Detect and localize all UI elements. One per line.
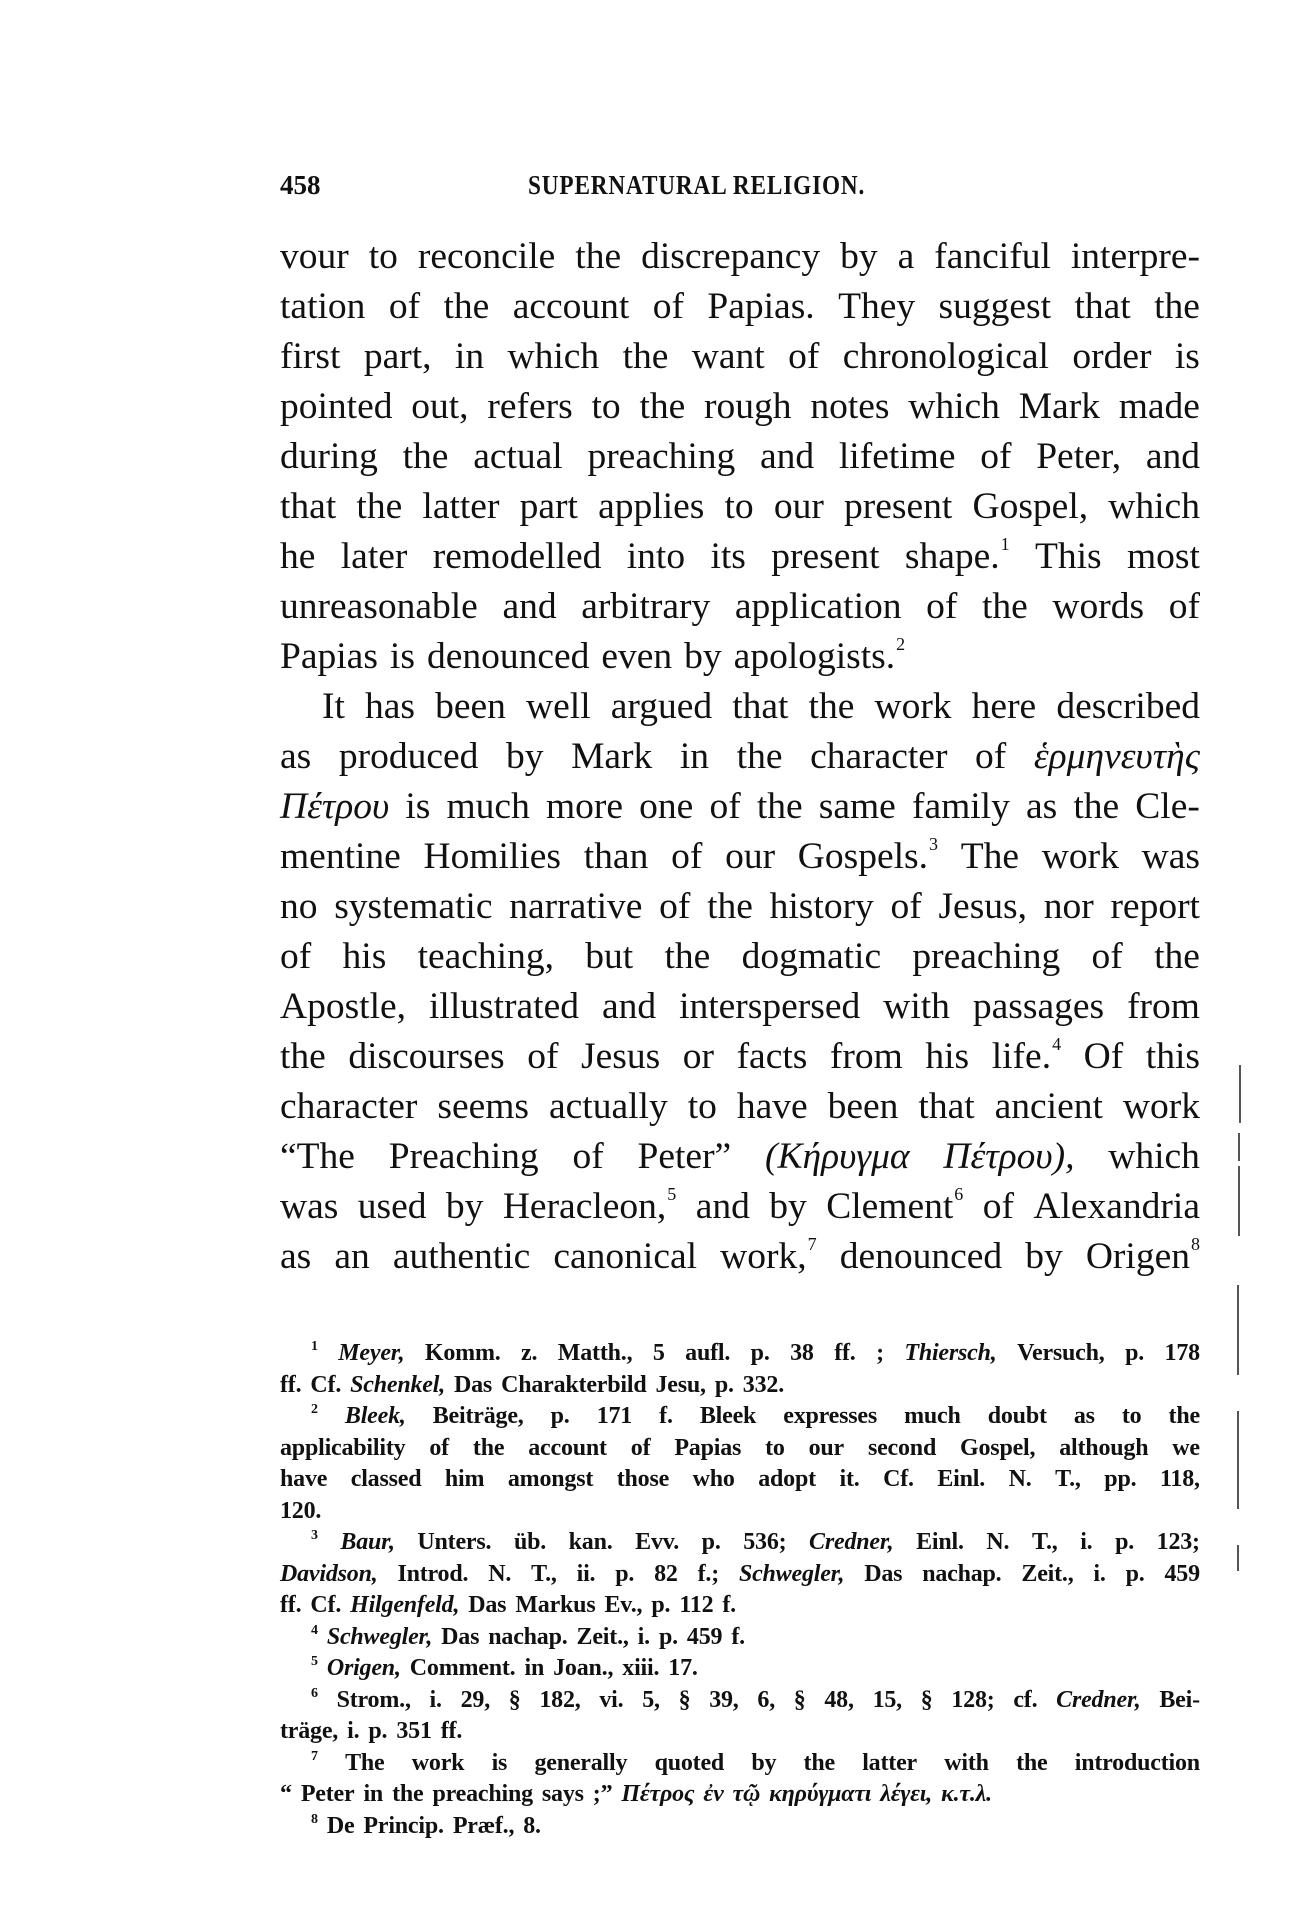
word: second <box>868 1433 936 1465</box>
word: rough <box>704 382 792 432</box>
word: amongst <box>508 1464 593 1496</box>
word: to <box>591 382 620 432</box>
footnote-ref: 7 <box>808 1234 817 1254</box>
word: actual <box>473 432 563 482</box>
word: the <box>757 782 803 832</box>
word: nor <box>1044 882 1094 932</box>
word: out, <box>411 382 468 432</box>
text-line: Papiasisdenouncedevenbyapologists.2 <box>280 632 1200 682</box>
word: has <box>365 682 415 732</box>
word: Princip. <box>363 1811 443 1843</box>
word: same <box>819 782 896 832</box>
word: to <box>688 1082 717 1132</box>
footnote-line: Davidson,Introd.N.T.,ii.p.82f.;Schwegler… <box>280 1559 1200 1591</box>
word: Thiersch, <box>904 1338 996 1370</box>
word: Einl. <box>916 1527 964 1559</box>
word: used <box>358 1182 427 1232</box>
word: our <box>809 1433 844 1465</box>
word: of <box>709 782 740 832</box>
word: discrepancy <box>641 232 820 282</box>
word: Meyer, <box>338 1338 404 1370</box>
word: have <box>280 1464 327 1496</box>
word: lifetime <box>839 432 956 482</box>
word: nachap. <box>488 1622 567 1654</box>
word: says <box>542 1779 584 1811</box>
word: adopt <box>758 1464 816 1496</box>
word: 82 <box>654 1559 678 1591</box>
word: 118, <box>1160 1464 1200 1496</box>
word: the <box>1073 782 1119 832</box>
text-line: ofhisteaching,butthedogmaticpreachingoft… <box>280 932 1200 982</box>
word: is <box>492 1748 508 1780</box>
word: Das <box>454 1370 492 1402</box>
word: the <box>575 232 621 282</box>
word: been <box>435 682 506 732</box>
word: of <box>389 282 420 332</box>
word: even <box>601 632 672 682</box>
word: was <box>1142 832 1200 882</box>
word: Zeit., <box>577 1622 629 1654</box>
word: first <box>280 332 340 382</box>
word: by <box>1025 1232 1063 1282</box>
word: i. <box>638 1622 650 1654</box>
word: 182, <box>539 1685 580 1717</box>
footnote-ref: 6 <box>954 1184 963 1204</box>
word: the <box>1016 1748 1047 1780</box>
word: Schenkel, <box>350 1370 445 1402</box>
word: 5, <box>642 1685 660 1717</box>
footnote-line: 6Strom.,i.29,§182,vi.5,§39,6,§48,15,§128… <box>280 1685 1200 1717</box>
word: 17. <box>668 1653 697 1685</box>
word: This <box>1035 532 1102 582</box>
word: mentine <box>280 832 401 882</box>
footnote-line: 4Schwegler,Dasnachap.Zeit.,i.p.459f. <box>280 1622 1200 1654</box>
word: 178 <box>1165 1338 1200 1370</box>
word: § <box>921 1685 933 1717</box>
word: Das <box>441 1622 479 1654</box>
word: p. <box>751 1338 770 1370</box>
margin-rule <box>1237 1285 1239 1375</box>
word: 128; <box>951 1685 994 1717</box>
word: it. <box>839 1464 859 1496</box>
word: those <box>617 1464 669 1496</box>
word: f. <box>659 1401 673 1433</box>
footnote-ref: 4 <box>1052 1034 1061 1054</box>
word: his <box>343 932 387 982</box>
word: and <box>602 982 656 1032</box>
word: teaching, <box>418 932 554 982</box>
word: 171 <box>597 1401 632 1433</box>
word: Origen8 <box>1086 1232 1200 1282</box>
word: § <box>679 1685 691 1717</box>
word: vour <box>280 232 349 282</box>
word: the <box>804 1748 835 1780</box>
word: Introd. <box>397 1559 468 1591</box>
word: Schwegler, <box>739 1559 844 1591</box>
word: passages <box>973 982 1104 1032</box>
word: xiii. <box>622 1653 659 1685</box>
word: Homilies <box>424 832 562 882</box>
word: 123; <box>1157 1527 1200 1559</box>
word: Zeit., <box>1021 1559 1073 1591</box>
word: this <box>1146 1032 1200 1082</box>
word: Das <box>468 1590 506 1622</box>
word: of <box>572 1132 603 1182</box>
margin-rule <box>1238 1166 1240 1236</box>
word: cf. <box>1013 1685 1037 1717</box>
margin-rule <box>1239 1065 1241 1123</box>
word: have <box>737 1082 808 1132</box>
footnotes: 1Meyer,Komm.z.Matth.,5aufl.p.38ff.;Thier… <box>280 1338 1200 1842</box>
text-line: thatthelatterpartappliestoourpresentGosp… <box>280 482 1200 532</box>
word: remodelled <box>433 532 602 582</box>
running-head: 458 SUPERNATURAL RELIGION. <box>280 165 1160 205</box>
word: § <box>794 1685 806 1717</box>
word: Credner, <box>1056 1685 1140 1717</box>
word: in <box>363 1779 383 1811</box>
word: 4 <box>310 1622 318 1654</box>
word: Mark <box>571 732 652 782</box>
word: argued <box>611 682 712 732</box>
word: 5 <box>310 1653 318 1685</box>
word: in <box>524 1653 544 1685</box>
word: Bleek, <box>345 1401 406 1433</box>
word: nachap. <box>922 1559 1001 1591</box>
word: with <box>944 1748 989 1780</box>
word: in <box>455 332 484 382</box>
word: one <box>639 782 693 832</box>
word: of <box>659 882 690 932</box>
word: which <box>1108 482 1200 532</box>
book-page: 458 SUPERNATURAL RELIGION. vourtoreconci… <box>0 0 1293 1925</box>
footnote-ref: 6 <box>311 1686 318 1701</box>
word: Heracleon,5 <box>503 1182 676 1232</box>
word: § <box>509 1685 521 1717</box>
word: “The <box>280 1132 355 1182</box>
word: Πέτρος <box>621 1779 694 1811</box>
word: notes <box>810 382 889 432</box>
word: as <box>280 1232 311 1282</box>
word: Mark <box>1019 382 1100 432</box>
word: by <box>769 1182 807 1232</box>
word: of <box>788 332 819 382</box>
word: the <box>1154 282 1200 332</box>
word: preaching <box>912 932 1060 982</box>
word: by <box>684 632 722 682</box>
text-line: Ithasbeenwellarguedthattheworkheredescri… <box>280 682 1200 732</box>
word: kan. <box>569 1527 613 1559</box>
text-line: Apostle,illustratedandinterspersedwithpa… <box>280 982 1200 1032</box>
word: of <box>653 282 684 332</box>
word: p. <box>702 1527 721 1559</box>
page-number: 458 <box>280 165 321 205</box>
word: Cf. <box>883 1464 914 1496</box>
word: 6, <box>757 1685 775 1717</box>
word: Hilgenfeld, <box>350 1590 459 1622</box>
word: preaching <box>432 1779 532 1811</box>
word: by <box>506 732 544 782</box>
text-line: asproducedbyMarkinthecharacterofἑρμηνευτ… <box>280 732 1200 782</box>
text-line: firstpart,inwhichthewantofchronologicalo… <box>280 332 1200 382</box>
word: of <box>1092 932 1123 982</box>
word: the <box>664 932 710 982</box>
word: the <box>639 382 685 432</box>
footnote-line: 2Bleek,Beiträge,p.171f.Bleekexpressesmuc… <box>280 1401 1200 1433</box>
footnote-ref: 1 <box>1001 534 1010 554</box>
word: 536; <box>743 1527 786 1559</box>
word: f. <box>731 1622 745 1654</box>
word: described <box>1056 682 1200 732</box>
word: systematic <box>334 882 492 932</box>
word: shape.1 <box>905 532 1010 582</box>
margin-rule <box>1237 1411 1239 1509</box>
word: They <box>838 282 915 332</box>
word: 351 <box>396 1716 431 1748</box>
text-line: thediscoursesofJesusorfactsfromhislife.4… <box>280 1032 1200 1082</box>
footnote-ref: 4 <box>311 1623 318 1638</box>
word: p. <box>659 1622 678 1654</box>
word: i. <box>1080 1527 1092 1559</box>
word: Clement6 <box>826 1182 963 1232</box>
word: chronological <box>843 332 1049 382</box>
word: much <box>904 1401 961 1433</box>
word: aufl. <box>685 1338 730 1370</box>
word: which <box>908 382 1000 432</box>
word: i. <box>430 1685 442 1717</box>
word: which <box>1108 1132 1200 1182</box>
word: although <box>1059 1433 1148 1465</box>
word: more <box>546 782 623 832</box>
word: Bei- <box>1159 1685 1200 1717</box>
word: ;” <box>593 1779 613 1811</box>
word: De <box>327 1811 355 1843</box>
word: of <box>975 732 1006 782</box>
word: Markus <box>515 1590 595 1622</box>
word: N. <box>986 1527 1009 1559</box>
word: Unters. <box>417 1527 491 1559</box>
word: the <box>443 282 489 332</box>
word: Preaching <box>389 1132 539 1182</box>
word: much <box>447 782 530 832</box>
footnote-ref: 7 <box>311 1749 318 1764</box>
running-title: SUPERNATURAL RELIGION. <box>528 165 865 205</box>
word: present <box>844 482 952 532</box>
word: p. <box>651 1590 670 1622</box>
word: want <box>692 332 765 382</box>
word: Beiträge, <box>433 1401 524 1433</box>
word: no <box>280 882 318 932</box>
word: history <box>770 882 874 932</box>
word: T., <box>531 1559 557 1591</box>
word: Charakterbild <box>501 1370 646 1402</box>
word: by <box>751 1748 776 1780</box>
word: Davidson, <box>280 1559 378 1591</box>
word: later <box>341 532 408 582</box>
word: is <box>405 782 430 832</box>
word: facts <box>737 1032 808 1082</box>
word: actually <box>549 1082 668 1132</box>
word: interpre- <box>1071 232 1200 282</box>
word: and <box>760 432 814 482</box>
word: p. <box>1115 1527 1134 1559</box>
word: and <box>696 1182 750 1232</box>
word: dogmatic <box>742 932 882 982</box>
word: into <box>627 532 685 582</box>
text-line: tationoftheaccountofPapias.Theysuggestth… <box>280 282 1200 332</box>
word: p. <box>615 1559 634 1591</box>
word: made <box>1119 382 1200 432</box>
footnote-line: “Peterinthepreachingsays;”Πέτροςἐντῷκηρύ… <box>280 1779 1200 1811</box>
footnote-line: applicabilityoftheaccountofPapiastoourse… <box>280 1433 1200 1465</box>
word: Πέτρου <box>280 782 389 832</box>
word: that <box>918 1082 974 1132</box>
word: ; <box>876 1338 884 1370</box>
word: account <box>513 282 630 332</box>
word: ἑρμηνευτὴς <box>1034 732 1200 782</box>
word: Cf. <box>310 1590 341 1622</box>
word: an <box>334 1232 369 1282</box>
word: ff. <box>834 1338 855 1370</box>
word: its <box>710 532 745 582</box>
word: Jesus, <box>938 882 1027 932</box>
word: seems <box>437 1082 529 1132</box>
text-line: “ThePreachingofPeter”(ΚήρυγμαΠέτρου),whi… <box>280 1132 1200 1182</box>
word: in <box>680 732 709 782</box>
word: been <box>828 1082 899 1132</box>
word: to <box>765 1433 785 1465</box>
word: by <box>446 1182 484 1232</box>
word: from <box>1127 982 1200 1032</box>
text-line: pointedout,referstotheroughnoteswhichMar… <box>280 382 1200 432</box>
word: Gospels.3 <box>798 832 938 882</box>
word: was <box>280 1182 338 1232</box>
word: ff. <box>280 1590 301 1622</box>
word: character <box>810 732 947 782</box>
text-line: ΠέτρουismuchmoreoneofthesamefamilyastheC… <box>280 782 1200 832</box>
word: 48, <box>824 1685 853 1717</box>
word: Jesus <box>581 1032 660 1082</box>
word: the <box>1169 1401 1200 1433</box>
word: during <box>280 432 378 482</box>
footnote-ref: 5 <box>667 1184 676 1204</box>
footnote-ref: 2 <box>311 1402 318 1417</box>
word: the <box>707 882 753 932</box>
word: the <box>403 432 449 482</box>
word: denounced <box>427 632 589 682</box>
footnote-line: 5Origen,Comment.inJoan.,xiii.17. <box>280 1653 1200 1685</box>
word: work <box>874 682 951 732</box>
word: with <box>883 982 950 1032</box>
word: Baur, <box>340 1527 394 1559</box>
word: 2 <box>310 1401 318 1433</box>
word: Papias <box>280 632 378 682</box>
word: of <box>891 882 922 932</box>
word: to <box>369 232 398 282</box>
word: application <box>735 582 902 632</box>
word: 8. <box>523 1811 541 1843</box>
word: Papias. <box>707 282 814 332</box>
word: the <box>982 582 1028 632</box>
word: to <box>1122 1401 1142 1433</box>
word: refers <box>487 382 572 432</box>
word: as <box>1074 1401 1095 1433</box>
word: authentic <box>393 1232 530 1282</box>
footnote-ref: 3 <box>929 834 938 854</box>
word: than <box>584 832 649 882</box>
word: that <box>732 682 788 732</box>
word: i. <box>1093 1559 1105 1591</box>
word: or <box>683 1032 714 1082</box>
word: a <box>898 232 915 282</box>
text-line: vourtoreconcilethediscrepancybyafanciful… <box>280 232 1200 282</box>
word: fanciful <box>934 232 1051 282</box>
word: 459 <box>687 1622 722 1654</box>
word: family <box>912 782 1010 832</box>
word: 3 <box>310 1527 318 1559</box>
text-line: asanauthenticcanonicalwork,7denouncedbyO… <box>280 1232 1200 1282</box>
word: of <box>980 432 1011 482</box>
word: work <box>412 1748 465 1780</box>
word: κ.τ.λ. <box>941 1779 992 1811</box>
word: but <box>585 932 633 982</box>
word: most <box>1127 532 1200 582</box>
word: N. <box>488 1559 511 1591</box>
word: f.; <box>698 1559 719 1591</box>
word: his <box>925 1032 969 1082</box>
word: order <box>1072 332 1151 382</box>
word: well <box>526 682 591 732</box>
word: arbitrary <box>581 582 710 632</box>
word: as <box>1026 782 1057 832</box>
word: ff. <box>280 1370 301 1402</box>
word: character <box>280 1082 417 1132</box>
word: pointed <box>280 382 392 432</box>
footnote-line: ff.Cf.Hilgenfeld,DasMarkusEv.,p.112f. <box>280 1590 1200 1622</box>
word: and <box>1146 432 1200 482</box>
word: of <box>983 1182 1014 1232</box>
word: Einl. <box>937 1464 985 1496</box>
word: of <box>280 932 311 982</box>
word: work <box>1123 1082 1200 1132</box>
word: Præf., <box>453 1811 514 1843</box>
word: of <box>1169 582 1200 632</box>
word: of <box>926 582 957 632</box>
word: Komm. <box>425 1338 501 1370</box>
text-line: unreasonableandarbitraryapplicationofthe… <box>280 582 1200 632</box>
word: produced <box>339 732 479 782</box>
word: our <box>725 832 775 882</box>
word: the <box>473 1433 504 1465</box>
word: that <box>280 482 336 532</box>
footnote-line: 7Theworkisgenerallyquotedbythelatterwith… <box>280 1748 1200 1780</box>
word: Gospel, <box>973 482 1089 532</box>
word: words <box>1052 582 1144 632</box>
word: Strom., <box>337 1685 411 1717</box>
word: who <box>693 1464 735 1496</box>
word: the <box>623 332 669 382</box>
main-text: vourtoreconcilethediscrepancybyafanciful… <box>280 232 1200 1282</box>
word: 6 <box>310 1685 318 1717</box>
word: interspersed <box>679 982 860 1032</box>
text-line: nosystematicnarrativeofthehistoryofJesus… <box>280 882 1200 932</box>
word: Peter, <box>1036 432 1121 482</box>
word: Das <box>864 1559 902 1591</box>
word: as <box>280 732 311 782</box>
word: Origen, <box>327 1653 401 1685</box>
word: p. <box>1125 1338 1144 1370</box>
word: 459 <box>1164 1559 1199 1591</box>
footnote-ref: 8 <box>1191 1234 1200 1254</box>
